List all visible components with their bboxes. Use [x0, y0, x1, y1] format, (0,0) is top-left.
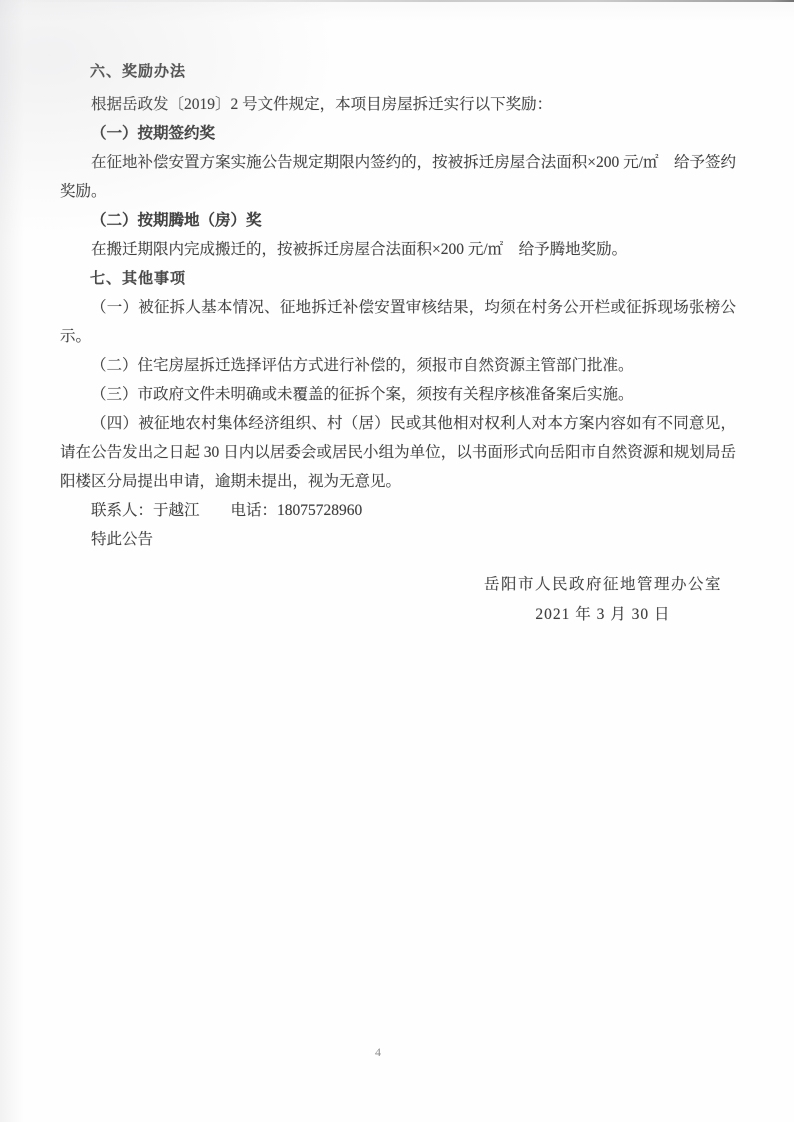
- page-number: 4: [0, 1045, 756, 1060]
- document-body: 六、奖励办法 根据岳政发〔2019〕2 号文件规定，本项目房屋拆迁实行以下奖励：…: [60, 57, 736, 554]
- closing-line: 特此公告: [60, 525, 736, 554]
- paragraph-reward-intro: 根据岳政发〔2019〕2 号文件规定，本项目房屋拆迁实行以下奖励：: [60, 90, 736, 119]
- subheading-vacating-award: （二）按期腾地（房）奖: [60, 206, 736, 235]
- paragraph-vacating-award: 在搬迁期限内完成搬迁的，按被拆迁房屋合法面积×200 元/㎡ 给予腾地奖励。: [60, 235, 736, 264]
- document-page: 六、奖励办法 根据岳政发〔2019〕2 号文件规定，本项目房屋拆迁实行以下奖励：…: [0, 0, 794, 1122]
- paragraph-other-item-4: （四）被征地农村集体经济组织、村（居）民或其他相对权利人对本方案内容如有不同意见…: [60, 409, 736, 496]
- section-heading-rewards: 六、奖励办法: [60, 57, 736, 86]
- paragraph-other-item-1: （一）被征拆人基本情况、征地拆迁补偿安置审核结果，均须在村务公开栏或征拆现场张榜…: [60, 293, 736, 351]
- issuing-organization: 岳阳市人民政府征地管理办公室: [484, 570, 722, 599]
- section-heading-other-matters: 七、其他事项: [60, 264, 736, 293]
- subheading-signing-award: （一）按期签约奖: [60, 119, 736, 148]
- signature-block: 岳阳市人民政府征地管理办公室 2021 年 3 月 30 日: [484, 570, 722, 629]
- paragraph-other-item-3: （三）市政府文件未明确或未覆盖的征拆个案，须按有关程序核准备案后实施。: [60, 380, 736, 409]
- contact-line: 联系人：于越江 电话：18075728960: [60, 496, 736, 525]
- issue-date: 2021 年 3 月 30 日: [484, 600, 722, 629]
- paragraph-other-item-2: （二）住宅房屋拆迁选择评估方式进行补偿的，须报市自然资源主管部门批准。: [60, 351, 736, 380]
- paragraph-signing-award: 在征地补偿安置方案实施公告规定期限内签约的，按被拆迁房屋合法面积×200 元/㎡…: [60, 148, 736, 206]
- scan-edge-artifact: [0, 0, 794, 2]
